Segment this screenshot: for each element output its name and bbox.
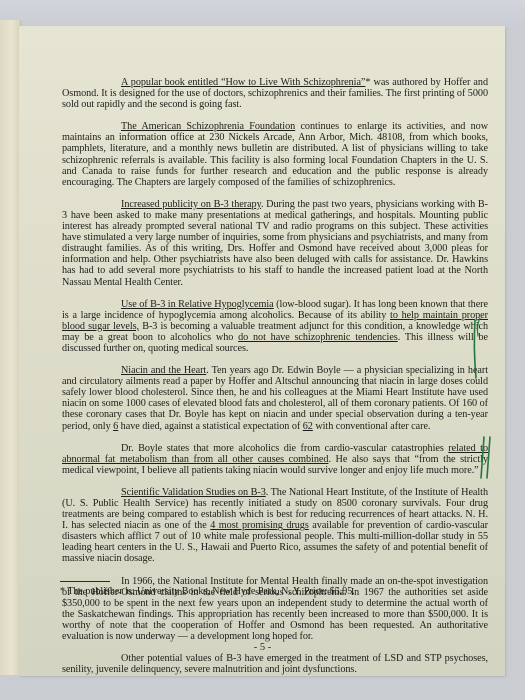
footnote: * The publisher is: University Books, Ne… (60, 586, 480, 597)
paragraph: Other potential values of B-3 have emerg… (62, 653, 488, 675)
underlined-phrase: The American Schizophrenia Foundation (121, 121, 295, 132)
binding-edge (0, 20, 21, 675)
underlined-phrase: A popular book entitled “How to Live Wit… (121, 77, 365, 88)
paragraph: Scientific Validation Studies on B-3. Th… (62, 487, 488, 565)
paragraph: Dr. Boyle states that more alcoholics di… (62, 443, 488, 476)
paragraph: Niacin and the Heart. Ten years ago Dr. … (62, 365, 488, 432)
paragraph: Use of B-3 in Relative Hypoglycemia (low… (62, 299, 488, 354)
text-run: Other potential values of B-3 have emerg… (62, 653, 488, 675)
text-run: with conventional after care. (313, 421, 431, 432)
underlined-phrase: Increased publicity on B-3 therapy (121, 199, 261, 210)
underlined-phrase: Scientific Validation Studies on B-3 (121, 487, 266, 498)
footnote-divider (60, 581, 110, 582)
green-margin-mark-validation-studies-icon (479, 434, 493, 482)
paragraph: The American Schizophrenia Foundation co… (62, 121, 488, 188)
text-run: Dr. Boyle states that more alcoholics di… (121, 443, 448, 454)
underlined-phrase: do not have schizophrenic tendencies (238, 332, 398, 343)
underlined-phrase: Niacin and the Heart (121, 365, 206, 376)
text-run: . During the past two years, physicians … (62, 199, 488, 288)
underlined-phrase: 62 (303, 421, 313, 432)
underlined-phrase: Use of B-3 in Relative Hypoglycemia (121, 299, 274, 310)
paragraph: A popular book entitled “How to Live Wit… (62, 77, 488, 110)
page-number: - 5 - (0, 642, 525, 653)
paragraph: Increased publicity on B-3 therapy. Duri… (62, 199, 488, 288)
text-run: have died, against a statistical expecta… (118, 421, 303, 432)
underlined-phrase: 4 most promising drugs (210, 520, 309, 531)
green-margin-mark-niacin-heart-icon (471, 316, 487, 382)
